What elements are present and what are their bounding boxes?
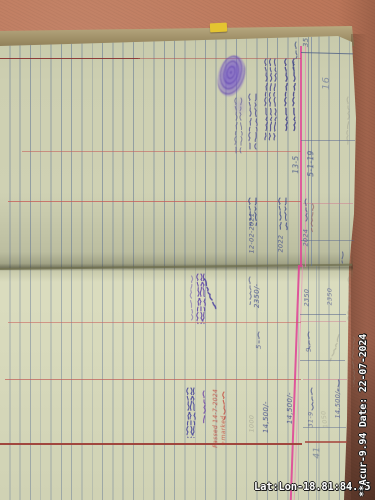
handwriting-note: 14,500/- bbox=[334, 388, 342, 418]
gps-date-accuracy-stamp: **Acur-9.94 Date: 22-07-2024 bbox=[358, 334, 369, 497]
handwriting-scribble bbox=[188, 274, 195, 318]
ledger-line bbox=[5, 379, 301, 380]
ledger-line bbox=[0, 58, 140, 60]
handwriting-note: 2024 bbox=[302, 228, 310, 246]
handwriting-note: 2022 bbox=[277, 234, 285, 252]
ledger-line bbox=[301, 52, 353, 55]
handwriting-note: 2350/- bbox=[253, 283, 262, 308]
ledger-line bbox=[300, 360, 345, 361]
handwriting-scribble bbox=[292, 40, 300, 58]
handwriting-note: 41 bbox=[313, 447, 325, 459]
ink-smudge bbox=[233, 95, 247, 117]
handwriting-scribble bbox=[345, 275, 353, 323]
handwriting-note: 14,500/- bbox=[286, 392, 295, 424]
handwriting-scribble bbox=[309, 202, 316, 232]
ledger-line bbox=[305, 441, 347, 443]
handwriting-scribble bbox=[185, 386, 197, 438]
handwriting-scribble bbox=[200, 389, 208, 423]
ink-layer: 163513-55-1-1912-02-2021202220242350/-23… bbox=[0, 0, 375, 500]
ledger-line bbox=[300, 314, 346, 315]
ledger-line bbox=[300, 321, 346, 322]
handwriting-note: Passed 14-7-2024 bbox=[212, 389, 220, 448]
handwriting-note: 5-1-19 bbox=[306, 151, 316, 177]
handwriting-scribble bbox=[277, 196, 289, 230]
handwriting-scribble bbox=[338, 250, 347, 266]
handwriting-note: 2350 bbox=[303, 288, 311, 306]
handwriting-scribble bbox=[344, 95, 352, 145]
handwriting-note: +marked bbox=[220, 416, 228, 446]
handwriting-note: 14,500/- bbox=[262, 401, 271, 433]
ledger-line bbox=[0, 443, 302, 445]
handwriting-note: 31-9 bbox=[307, 411, 315, 427]
handwriting-scribble bbox=[305, 330, 313, 348]
photographed-ledger-scene: 163513-55-1-1912-02-2021202220242350/-23… bbox=[0, 0, 375, 500]
handwriting-scribble bbox=[263, 57, 278, 141]
ledger-line bbox=[316, 266, 317, 500]
ledger-line bbox=[8, 322, 301, 323]
handwriting-note: 13-5 bbox=[291, 156, 301, 174]
handwriting-note: 5 bbox=[255, 344, 264, 349]
handwriting-note: 16 bbox=[320, 77, 333, 90]
handwriting-note: 35 bbox=[302, 37, 311, 47]
handwriting-note: 2350 bbox=[326, 287, 334, 305]
ledger-line bbox=[22, 151, 301, 152]
handwriting-scribble bbox=[308, 386, 316, 408]
handwriting-note: 9 bbox=[305, 347, 314, 352]
gps-latlon-stamp: Lat:Lon-18.81:84.25 bbox=[254, 481, 370, 493]
handwriting-note: 12-02-2021 bbox=[248, 212, 256, 253]
handwriting-note: 1000 bbox=[248, 414, 256, 432]
handwriting-note: 1050 bbox=[320, 409, 331, 428]
handwriting-scribble bbox=[290, 60, 298, 72]
handwriting-scribble bbox=[247, 92, 259, 152]
handwriting-scribble bbox=[350, 335, 357, 385]
handwriting-scribble bbox=[326, 331, 345, 363]
handwriting-scribble bbox=[221, 390, 227, 418]
